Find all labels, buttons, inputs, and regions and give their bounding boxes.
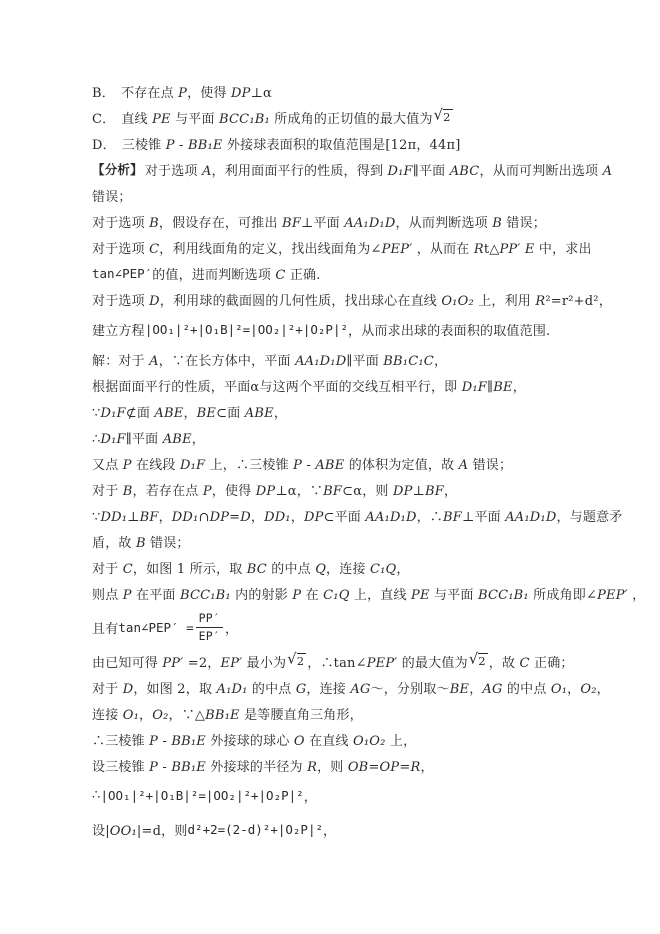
text-run: ∴ <box>92 788 100 803</box>
radical-sign: √ <box>469 652 478 667</box>
text-run: 错误； <box>92 186 132 205</box>
option-text: 不存在点 P，使得 DP⊥α <box>121 82 272 101</box>
text-run: 且有 <box>92 618 118 637</box>
text-run: 对于选项 A，利用面面平行的性质，得到 D₁F∥平面 ABC，从而可判断出选项 … <box>145 160 612 179</box>
line-solution-1: 解：对于 A，∵在长方体中，平面 AA₁D₁D∥平面 BB₁C₁C， <box>92 346 660 372</box>
line-option-c: C． 直线 PE 与平面 BCC₁B₁ 所成角的正切值的最大值为 √2 <box>92 104 660 130</box>
text-run: ∵D₁F⊄面 ABE，BE⊂面 ABE， <box>92 402 287 421</box>
formula-tan-angle: tan∠PEP′ <box>92 266 152 281</box>
line-solution-15: ∴三棱锥 P - BB₁E 外接球的球心 O 在直线 O₁O₂ 上， <box>92 726 660 752</box>
radicand: 2 <box>478 653 488 670</box>
analysis-label: 【分析】 <box>92 160 143 178</box>
text-run: ， <box>225 618 238 637</box>
text-run: ，∴tan∠PEP′ 的最大值为 <box>307 652 468 671</box>
line-analysis-2: 错误； <box>92 182 660 208</box>
fraction: PP′ EP′ <box>196 611 223 643</box>
line-analysis-1: 【分析】 对于选项 A，利用面面平行的性质，得到 D₁F∥平面 ABC，从而可判… <box>92 156 660 182</box>
text-run: 根据面面平行的性质，平面α与这两个平面的交线互相平行，即 D₁F∥BE， <box>92 376 526 395</box>
line-option-b: B． 不存在点 P，使得 DP⊥α <box>92 78 660 104</box>
sqrt-radical: √2 <box>287 653 306 670</box>
option-text: 三棱锥 P - BB₁E 外接球表面积的取值范围是[12π，44π] <box>122 134 461 153</box>
document-page: B． 不存在点 P，使得 DP⊥α C． 直线 PE 与平面 BCC₁B₁ 所成… <box>0 0 660 846</box>
fraction-denominator: EP′ <box>199 628 220 643</box>
radicand: 2 <box>297 653 307 670</box>
line-solution-16: 设三棱锥 P - BB₁E 外接球的半径为 R，则 OB=OP=R， <box>92 752 660 778</box>
text-run: ， <box>323 820 336 839</box>
formula-sphere-equation: |OO₁|²+|O₁B|²=|OO₂|²+|O₂P|² <box>145 322 348 337</box>
line-analysis-6: 对于选项 D，利用球的截面圆的几何性质，找出球心在直线 O₁O₂ 上，利用 R²… <box>92 286 660 312</box>
line-analysis-4: 对于选项 C，利用线面角的定义，找出线面角为∠PEP′ ，从而在 Rt△PP′ … <box>92 234 660 260</box>
line-solution-4: ∴D₁F∥平面 ABE， <box>92 424 660 450</box>
text-run: ∵DD₁⊥BF，DD₁∩DP=D，DD₁，DP⊂平面 AA₁D₁D，∴BF⊥平面… <box>92 506 622 525</box>
option-text: 直线 PE 与平面 BCC₁B₁ 所成角的正切值的最大值为 <box>121 108 432 127</box>
radical-sign: √ <box>434 108 443 123</box>
line-solution-5: 又点 P 在线段 D₁F 上，∴三棱锥 P - ABE 的体积为定值，故 A 错… <box>92 450 660 476</box>
text-run: 对于 D，如图 2，取 A₁D₁ 的中点 G，连接 AG～，分别取～BE，AG … <box>92 678 610 697</box>
text-run: ，从而求出球的表面积的取值范围. <box>348 320 550 339</box>
formula-d-equation: d²+2=(2-d)²+|O₂P|² <box>188 822 323 837</box>
line-option-d: D． 三棱锥 P - BB₁E 外接球表面积的取值范围是[12π，44π] <box>92 130 660 156</box>
text-run: 解：对于 A，∵在长方体中，平面 AA₁D₁D∥平面 BB₁C₁C， <box>92 350 447 369</box>
line-analysis-3: 对于选项 B，假设存在，可推出 BF⊥平面 AA₁D₁D，从而判断选项 B 错误… <box>92 208 660 234</box>
text-run: 的值，进而判断选项 C 正确. <box>152 264 320 283</box>
option-letter: C． <box>92 108 115 127</box>
text-run: 由已知可得 PP′ =2，EP′ 最小为 <box>92 652 286 671</box>
line-solution-3: ∵D₁F⊄面 ABE，BE⊂面 ABE， <box>92 398 660 424</box>
line-solution-2: 根据面面平行的性质，平面α与这两个平面的交线互相平行，即 D₁F∥BE， <box>92 372 660 398</box>
text-run: ∴三棱锥 P - BB₁E 外接球的球心 O 在直线 O₁O₂ 上， <box>92 730 416 749</box>
text-run: 又点 P 在线段 D₁F 上，∴三棱锥 P - ABE 的体积为定值，故 A 错… <box>92 454 512 473</box>
sqrt-radical: √2 <box>434 109 453 126</box>
text-run: ∴D₁F∥平面 ABE， <box>92 428 205 447</box>
text-run: 对于 B，若存在点 P，使得 DP⊥α，∵BF⊂α，则 DP⊥BF， <box>92 480 457 499</box>
line-d-equation: 设|OO₁|=d，则 d²+2=(2-d)²+|O₂P|² ， <box>92 812 660 846</box>
text-run: 连接 O₁，O₂，∵△BB₁E 是等腰直角三角形， <box>92 704 363 723</box>
text-run: ，故 C 正确； <box>489 652 574 671</box>
line-sphere-equation: ∴ |OO₁|²+|O₁B|²=|OO₂|²+|O₂P|² ， <box>92 778 660 812</box>
option-letter: B． <box>92 82 115 101</box>
line-solution-14: 连接 O₁，O₂，∵△BB₁E 是等腰直角三角形， <box>92 700 660 726</box>
line-solution-13: 对于 D，如图 2，取 A₁D₁ 的中点 G，连接 AG～，分别取～BE，AG … <box>92 674 660 700</box>
line-solution-6: 对于 B，若存在点 P，使得 DP⊥α，∵BF⊂α，则 DP⊥BF， <box>92 476 660 502</box>
text-run: ， <box>304 786 317 805</box>
text-run: 设|OO₁|=d，则 <box>92 820 188 839</box>
text-run: 对于 C，如图 1 所示，取 BC 的中点 Q，连接 C₁Q， <box>92 558 410 577</box>
line-analysis-7: 建立方程 |OO₁|²+|O₁B|²=|OO₂|²+|O₂P|² ，从而求出球的… <box>92 312 660 346</box>
formula-tan-lhs: tan∠PEP′ = <box>118 620 193 635</box>
fraction-numerator: PP′ <box>196 611 223 627</box>
text-run: 对于选项 C，利用线面角的定义，找出线面角为∠PEP′ ，从而在 Rt△PP′ … <box>92 238 592 257</box>
text-run: 设三棱锥 P - BB₁E 外接球的半径为 R，则 OB=OP=R， <box>92 756 434 775</box>
line-analysis-5: tan∠PEP′ 的值，进而判断选项 C 正确. <box>92 260 660 286</box>
radicand: 2 <box>443 109 453 126</box>
text-run: 对于选项 D，利用球的截面圆的几何性质，找出球心在直线 O₁O₂ 上，利用 R²… <box>92 290 612 309</box>
formula-sphere-equation: |OO₁|²+|O₁B|²=|OO₂|²+|O₂P|² <box>100 788 303 803</box>
line-solution-12: 由已知可得 PP′ =2，EP′ 最小为 √2 ，∴tan∠PEP′ 的最大值为… <box>92 648 660 674</box>
sqrt-radical: √2 <box>469 653 488 670</box>
line-solution-7: ∵DD₁⊥BF，DD₁∩DP=D，DD₁，DP⊂平面 AA₁D₁D，∴BF⊥平面… <box>92 502 660 528</box>
option-letter: D． <box>92 134 116 153</box>
text-run: 对于选项 B，假设存在，可推出 BF⊥平面 AA₁D₁D，从而判断选项 B 错误… <box>92 212 546 231</box>
text-run: 盾，故 B 错误； <box>92 532 190 551</box>
text-run: 建立方程 <box>92 320 145 339</box>
line-solution-9: 对于 C，如图 1 所示，取 BC 的中点 Q，连接 C₁Q， <box>92 554 660 580</box>
line-solution-10: 则点 P 在平面 BCC₁B₁ 内的射影 P 在 C₁Q 上，直线 PE 与平面… <box>92 580 660 606</box>
radical-sign: √ <box>287 652 296 667</box>
line-solution-8: 盾，故 B 错误； <box>92 528 660 554</box>
line-tan-equation: 且有 tan∠PEP′ = PP′ EP′ ， <box>92 606 660 648</box>
text-run: 则点 P 在平面 BCC₁B₁ 内的射影 P 在 C₁Q 上，直线 PE 与平面… <box>92 584 645 603</box>
